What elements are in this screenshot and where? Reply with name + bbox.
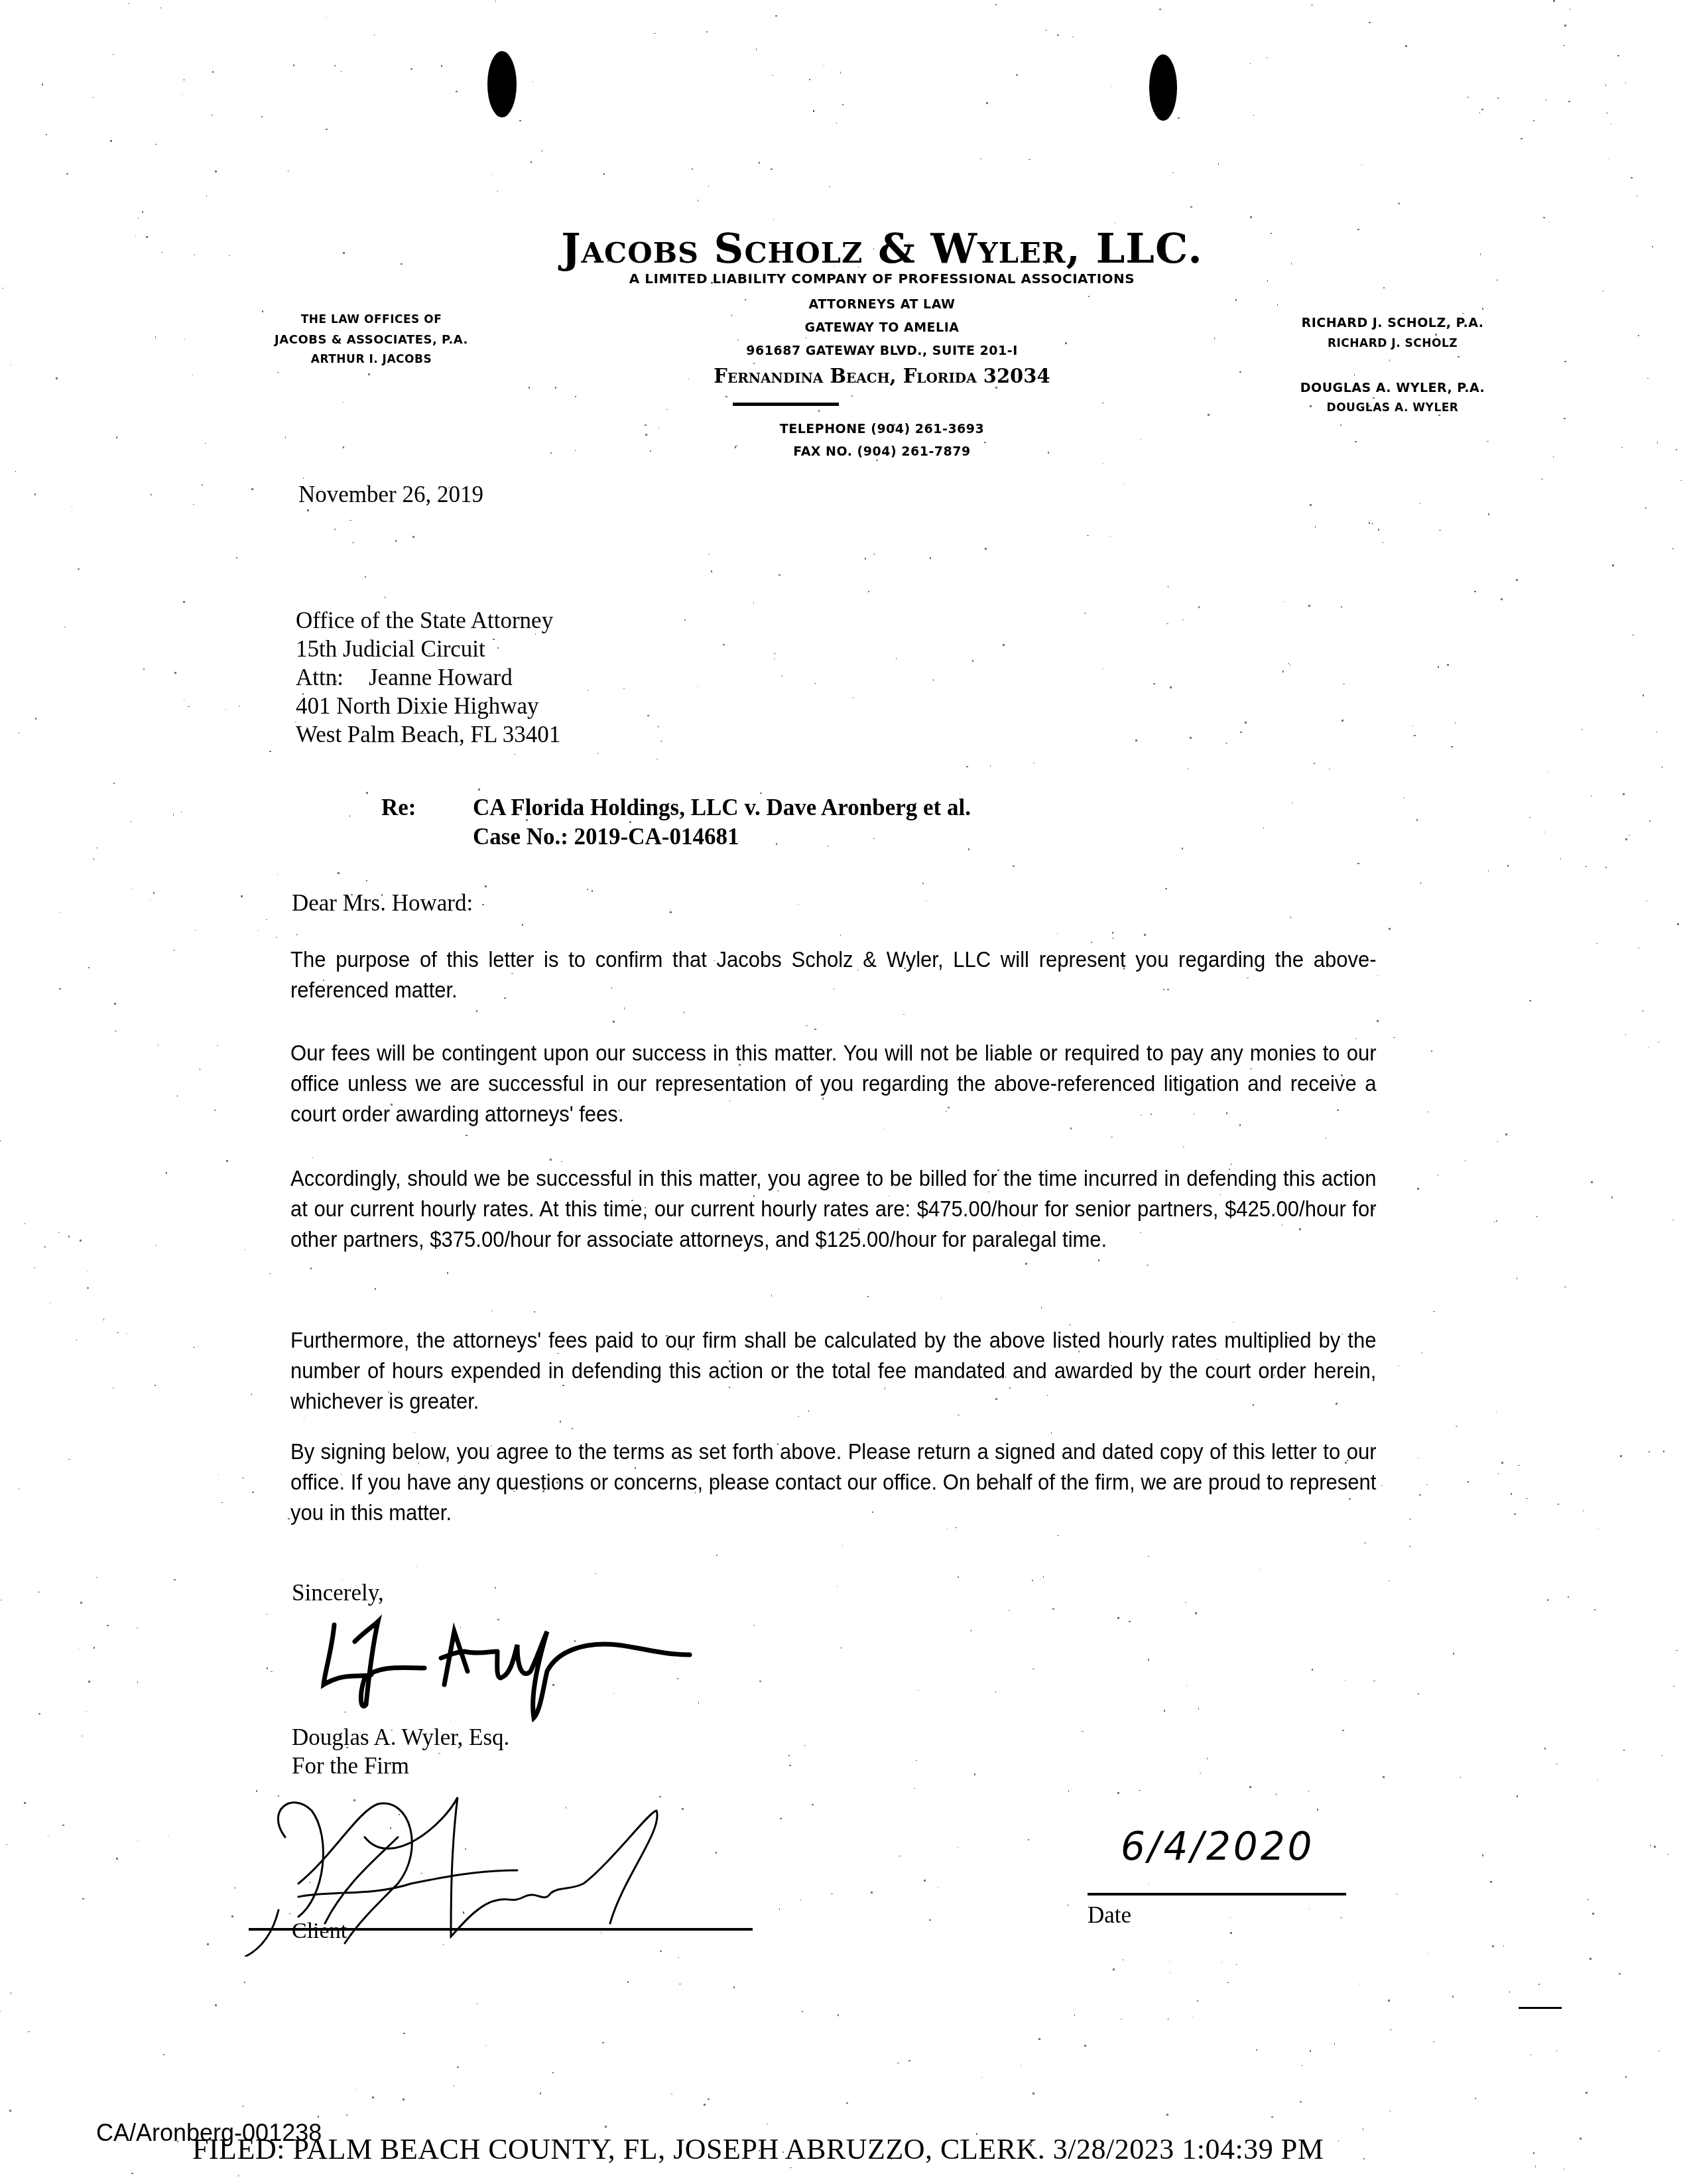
recipient-attn: Attn:Jeanne Howard <box>296 663 560 692</box>
date-signature-line <box>1088 1893 1346 1895</box>
paragraph-1: The purpose of this letter is to confirm… <box>290 944 1376 1005</box>
handwritten-date: 6/4/2020 <box>1121 1824 1315 1869</box>
signer-title: For the Firm <box>292 1752 409 1780</box>
paragraph-3: Accordingly, should we be successful in … <box>290 1163 1376 1255</box>
attn-name: Jeanne Howard <box>369 665 513 690</box>
re-case-title: CA Florida Holdings, LLC v. Dave Aronber… <box>473 793 971 852</box>
re-label: Re: <box>381 793 416 822</box>
attorneys-at-law: ATTORNEYS AT LAW <box>550 297 1214 312</box>
left-block-line1: THE LAW OFFICES OF <box>225 313 517 326</box>
letter-date: November 26, 2019 <box>298 480 483 509</box>
closing: Sincerely, <box>292 1578 384 1607</box>
paragraph-5: By signing below, you agree to the terms… <box>290 1437 1376 1528</box>
date-label: Date <box>1088 1901 1131 1929</box>
re-case-number: Case No.: 2019-CA-014681 <box>473 822 971 852</box>
margin-mark <box>1519 2007 1562 2009</box>
signature-client <box>199 1784 796 1957</box>
recipient-street: 401 North Dixie Highway <box>296 692 560 720</box>
right-block-line3: DOUGLAS A. WYLER, P.A. <box>1260 381 1525 395</box>
hole-punch-right <box>1149 54 1177 121</box>
hole-punch-left <box>487 51 517 117</box>
salutation: Dear Mrs. Howard: <box>292 889 473 917</box>
recipient-city: West Palm Beach, FL 33401 <box>296 720 560 749</box>
right-block-line1: RICHARD J. SCHOLZ, P.A. <box>1260 316 1525 330</box>
city-state-zip: Fernandina Beach, Florida 32034 <box>550 365 1214 387</box>
right-block-line4: DOUGLAS A. WYLER <box>1260 401 1525 415</box>
attn-label: Attn: <box>296 663 369 692</box>
recipient-line2: 15th Judicial Circuit <box>296 635 560 663</box>
left-block-line2: JACOBS & ASSOCIATES, P.A. <box>225 333 517 347</box>
signer-name: Douglas A. Wyler, Esq. <box>292 1723 509 1752</box>
letterhead-rule <box>733 403 839 406</box>
right-block-line2: RICHARD J. SCHOLZ <box>1260 337 1525 350</box>
paragraph-2: Our fees will be contingent upon our suc… <box>290 1038 1376 1129</box>
filed-stamp: FILED: PALM BEACH COUNTY, FL, JOSEPH ABR… <box>192 2132 1324 2166</box>
firm-subtitle: A LIMITED LIABILITY COMPANY OF PROFESSIO… <box>550 271 1214 287</box>
client-label: Client <box>292 1917 347 1945</box>
fax: FAX NO. (904) 261-7879 <box>550 444 1214 459</box>
recipient-address: Office of the State Attorney 15th Judici… <box>296 606 560 749</box>
left-block-line3: ARTHUR I. JACOBS <box>225 353 517 366</box>
re-case: CA Florida Holdings, LLC v. Dave Aronber… <box>473 793 971 822</box>
firm-name: Jacobs Scholz & Wyler, LLC. <box>531 224 1233 273</box>
street-address: 961687 GATEWAY BLVD., SUITE 201-I <box>550 344 1214 358</box>
telephone: TELEPHONE (904) 261-3693 <box>550 422 1214 436</box>
signature-wyler <box>318 1605 716 1724</box>
location-name: GATEWAY TO AMELIA <box>550 320 1214 335</box>
recipient-line1: Office of the State Attorney <box>296 606 560 635</box>
paragraph-4: Furthermore, the attorneys' fees paid to… <box>290 1325 1376 1417</box>
